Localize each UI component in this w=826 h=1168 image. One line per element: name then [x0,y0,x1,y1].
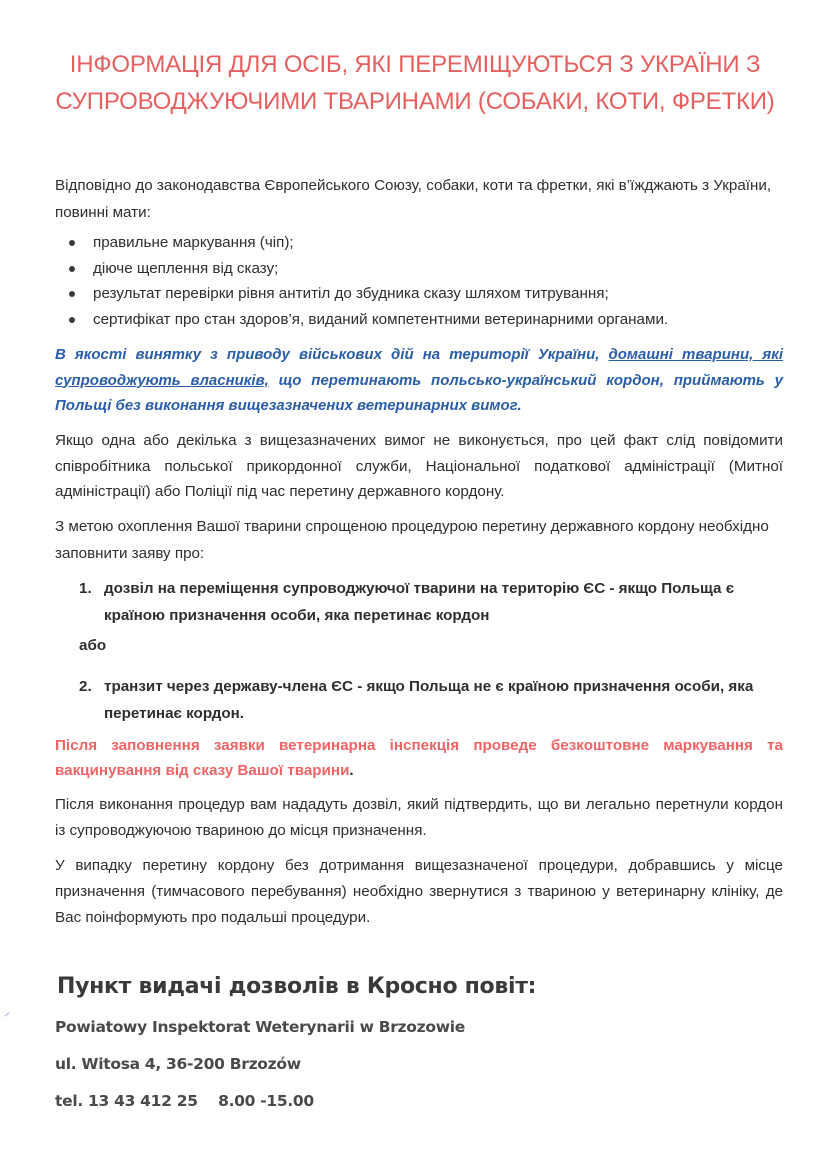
bullet-icon [69,291,75,297]
office-contact: tel. 13 43 412 25 8.00 -15.00 [55,1092,314,1110]
free-service-notice: Після заповнення заявки ветеринарна інсп… [55,733,783,783]
intro-paragraph: Відповідно до законодавства Європейськог… [55,172,783,226]
option-text: дозвіл на переміщення супроводжуючої тва… [104,575,783,629]
bullet-icon [69,240,75,246]
office-phone: tel. 13 43 412 25 [55,1092,198,1110]
requirement-text: результат перевірки рівня антитіл до збу… [93,285,609,302]
requirement-item: результат перевірки рівня антитіл до збу… [55,281,783,307]
requirement-text: діюче щеплення від сказу; [93,260,278,277]
option-number: 2. [79,673,92,700]
scan-artifact [4,1012,9,1017]
document-page: ІНФОРМАЦІЯ ДЛЯ ОСІБ, ЯКІ ПЕРЕМІЩУЮТЬСЯ З… [0,0,826,1168]
after-procedures-paragraph: Після виконання процедур вам нададуть до… [55,792,783,844]
requirement-text: сертифікат про стан здоров’я, виданий ко… [93,311,668,328]
free-service-period: . [349,762,353,779]
option-number: 1. [79,575,92,602]
purpose-paragraph: З метою охоплення Вашої тварини спрощено… [55,513,783,567]
bullet-icon [69,317,75,323]
application-option-2: 2. транзит через державу-члена ЄС - якщо… [55,673,783,727]
requirements-not-met-paragraph: Якщо одна або декілька з вищезазначених … [55,428,783,505]
exception-paragraph: В якості винятку з приводу військових ді… [55,342,783,419]
exception-text-1: В якості винятку з приводу військових ді… [55,346,609,363]
free-service-text: Після заповнення заявки ветеринарна інсп… [55,737,783,779]
office-address: ul. Witosa 4, 36-200 Brzozów [55,1055,301,1073]
in-case-paragraph: У випадку перетину кордону без дотриманн… [55,853,783,931]
office-heading: Пункт видачі дозволів в Кросно повіт: [57,974,536,999]
bullet-icon [69,266,75,272]
requirement-text: правильне маркування (чіп); [93,234,294,251]
document-title: ІНФОРМАЦІЯ ДЛЯ ОСІБ, ЯКІ ПЕРЕМІЩУЮТЬСЯ З… [50,46,780,120]
requirements-list: правильне маркування (чіп); діюче щеплен… [55,230,783,332]
option-text: транзит через державу-члена ЄС - якщо По… [104,673,783,727]
office-hours: 8.00 -15.00 [218,1092,314,1110]
application-option-1: 1. дозвіл на переміщення супроводжуючої … [55,575,783,629]
requirement-item: сертифікат про стан здоров’я, виданий ко… [55,307,783,333]
requirement-item: правильне маркування (чіп); [55,230,783,256]
office-name: Powiatowy Inspektorat Weterynarii w Brzo… [55,1018,465,1036]
requirement-item: діюче щеплення від сказу; [55,256,783,282]
or-separator: або [79,632,106,659]
